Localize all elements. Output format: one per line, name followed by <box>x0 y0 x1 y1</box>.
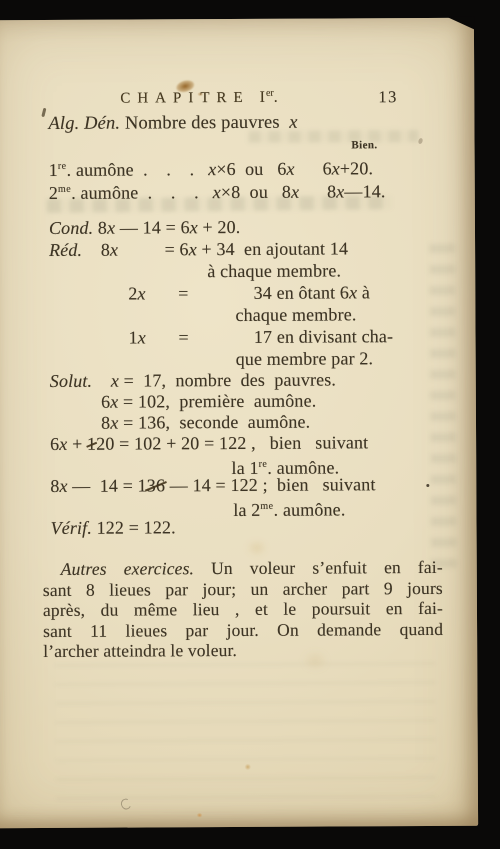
small-caps-label: Bien. <box>351 139 377 151</box>
text: après, du même lieu , et le poursuit en … <box>43 598 443 620</box>
solution-line-3: 8x = 136, seconde aumône. <box>50 411 445 434</box>
pencil-mark <box>119 797 132 811</box>
text: 8 <box>50 413 110 433</box>
text: = 17 en divisant cha- <box>146 326 393 347</box>
text: 8 <box>299 181 336 201</box>
verification-line-2b: la 2me. aumône. <box>50 495 445 518</box>
reduction-line-6: que membre par 2. <box>50 347 445 371</box>
foxing-spot <box>244 763 252 771</box>
reduction-line-2: à chaque membre. <box>49 259 444 283</box>
denomination-line: Alg. Dén. Nombre des pauvres x <box>48 110 443 136</box>
text: + 20. <box>198 217 241 237</box>
italic-text: x <box>111 371 119 391</box>
verification-line-1b: la 1re. aumône. <box>50 453 445 476</box>
text: à chaque membre. <box>49 260 341 282</box>
italic-text: Réd. <box>49 240 82 260</box>
cancelled-text: 1 <box>87 434 96 455</box>
verification-line-1: 6x + 120 = 102 + 20 = 122 , bien suivant <box>50 432 445 455</box>
bien-column-header: Bien. <box>48 134 443 153</box>
photo-background: CHAPITRE Ier. 13 Alg. Dén. Nombre des pa… <box>0 0 500 849</box>
text: + 34 en ajoutant 14 <box>197 238 348 259</box>
italic-text: x <box>336 181 344 201</box>
italic-text: x <box>190 217 198 237</box>
text: ×8 ou 8 <box>221 182 291 202</box>
superscript: re <box>259 459 268 470</box>
text: 6 <box>50 392 110 412</box>
text: 8 <box>50 476 59 496</box>
italic-text: Cond. <box>49 218 93 238</box>
text: —14. <box>344 181 385 201</box>
text: la 2 <box>233 500 260 520</box>
foxing-spot <box>196 812 203 818</box>
exercise-line-5: l’archer atteindra le voleur. <box>43 639 443 662</box>
italic-text: x <box>189 239 197 259</box>
text: = 17, nombre des pauvres. <box>119 369 336 390</box>
aumone-row-1: 1re. aumône . . . x×6 ou 6x 6x+20. <box>49 153 444 178</box>
text: 6 <box>50 434 59 454</box>
text: Nombre des pauvres <box>120 113 289 134</box>
text: 2 <box>49 183 58 203</box>
chapter-word: CHAPITRE <box>120 90 249 107</box>
solution-line-1: Solut. x = 17, nombre des pauvres. <box>50 369 445 392</box>
text: . aumône . . . <box>71 182 213 203</box>
exercise-line-4: sant 11 lieues par jour. On demande quan… <box>43 618 443 641</box>
reduction-line-4: chaque membre. <box>49 303 444 327</box>
condition-line: Cond. 8x — 14 = 6x + 20. <box>49 215 444 239</box>
bleedthrough-smudge <box>55 658 436 800</box>
text: = 102, première aumône. <box>118 391 316 412</box>
italic-text: x <box>289 113 297 133</box>
pen-tick-mark <box>41 108 46 117</box>
page-corner-clip <box>447 17 475 30</box>
italic-text: Alg. Dén. <box>48 114 120 134</box>
text <box>92 371 111 391</box>
reduction-line-3: 2x = 34 en ôtant 6x à <box>49 281 444 305</box>
text: l’archer atteindra le voleur. <box>43 640 237 661</box>
superscript: me <box>260 501 273 512</box>
exercise-line-2: sant 8 lieues par jour; un archer part 9… <box>43 577 443 600</box>
text: — 14 = 6 <box>115 217 190 237</box>
text: 1 <box>49 328 137 348</box>
italic-text: x <box>110 240 118 260</box>
solution-line-2: 6x = 102, première aumône. <box>50 390 445 413</box>
text: 8 <box>82 240 110 260</box>
text: + <box>67 434 87 454</box>
text: 8 <box>93 218 107 238</box>
text: = 6 <box>118 239 189 259</box>
text: chaque membre. <box>49 304 356 326</box>
italic-text: x <box>213 182 221 202</box>
text: 122 = 122. <box>92 517 176 537</box>
aumone-row-2: 2me. aumône . . . x×8 ou 8x 8x—14. <box>49 176 444 201</box>
cancelled-text: 36 <box>147 475 165 496</box>
superscript: me <box>58 184 71 195</box>
text: sant 11 lieues par jour. On demande quan… <box>43 618 443 640</box>
text-block: Alg. Dén. Nombre des pauvres xBien.1re. … <box>48 110 446 662</box>
exercise-line-1: Autres exercices. Un voleur s’enfuit en … <box>43 557 443 580</box>
reduction-line-5: 1x = 17 en divisant cha- <box>49 325 444 349</box>
italic-text: Vérif. <box>50 518 92 538</box>
chapter-numeral: Ier. <box>250 89 279 106</box>
text: 2 <box>49 284 137 304</box>
text-content: CHAPITRE Ier. 13 Alg. Dén. Nombre des pa… <box>48 84 446 662</box>
italic-text: Solut. <box>50 371 93 391</box>
italic-text: Autres exercices. <box>61 558 194 579</box>
text: 20 = 102 + 20 = 122 , bien suivant <box>96 432 368 453</box>
text: sant 8 lieues par jour; un archer part 9… <box>43 577 443 599</box>
text: — 14 = 1 <box>68 475 147 495</box>
italic-text: x <box>349 282 357 302</box>
verification-line-2: 8x — 14 = 136 — 14 = 122 ; bien suivant <box>50 474 445 497</box>
page-header: CHAPITRE Ier. 13 <box>48 84 443 110</box>
book-page: CHAPITRE Ier. 13 Alg. Dén. Nombre des pa… <box>0 18 478 829</box>
exercise-line-3: après, du même lieu , et le poursuit en … <box>43 598 443 621</box>
text: . aumône. <box>274 499 346 519</box>
superscript: re <box>58 161 67 172</box>
text: à <box>357 282 370 302</box>
text: Un voleur s’enfuit en fai- <box>194 557 443 578</box>
text: — 14 = 122 ; bien suivant <box>165 474 376 495</box>
text: = 136, seconde aumône. <box>118 412 310 433</box>
text: que membre par 2. <box>50 348 374 370</box>
chapter-heading: CHAPITRE Ier. <box>120 88 279 108</box>
text: = 34 en ôtant 6 <box>146 282 349 303</box>
page-number: 13 <box>378 87 398 107</box>
reduction-line-1: Réd. 8x = 6x + 34 en ajoutant 14 <box>49 237 444 261</box>
